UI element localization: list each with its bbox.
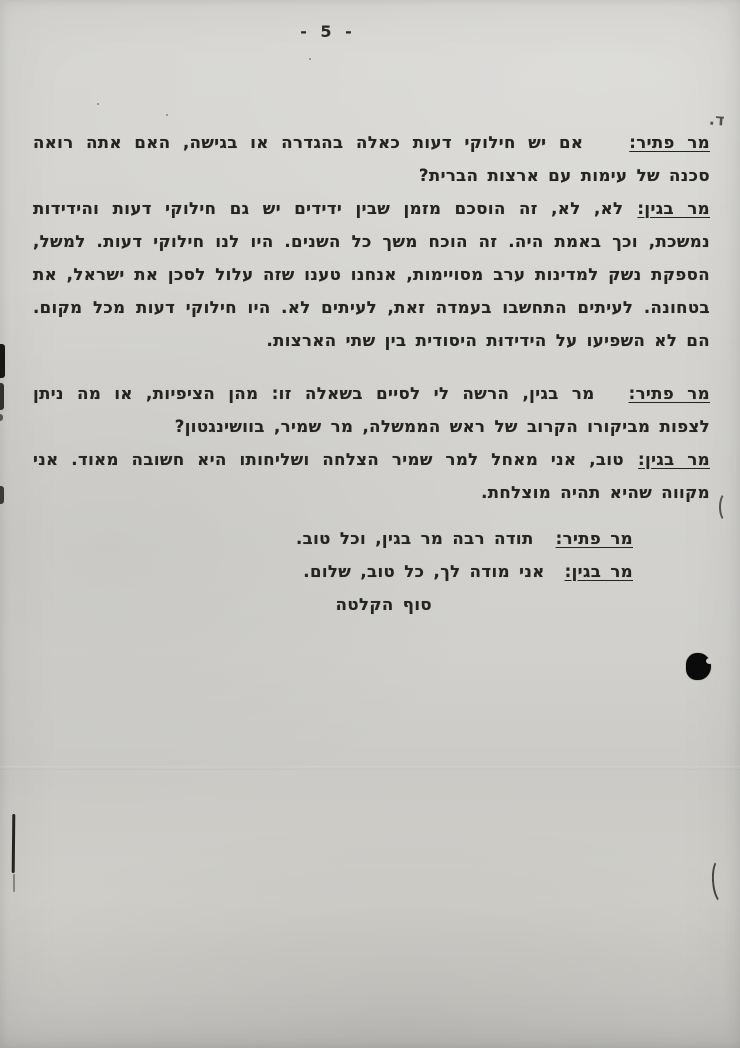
tab-space (583, 147, 629, 148)
dialogue-paragraph: מר פתיר:מר בגין, הרשה לי לסיים בשאלה זו:… (33, 377, 710, 443)
pen-vertical-line (12, 814, 16, 873)
left-edge-smudge (0, 486, 4, 504)
scanned-document-page: - 5 - .ד מר פתיר:אם יש חילוקי דעות כאלה … (0, 0, 740, 1048)
pen-vertical-line-tail (13, 874, 15, 892)
speaker-label: מר פתיר: (629, 384, 710, 403)
end-of-recording-note: סוף הקלטה (33, 588, 432, 621)
dialogue-paragraph: מר בגין:לא, לא, זה הוסכם מזמן שבין ידידי… (33, 192, 710, 357)
dialogue-paragraph: מר פתיר:תודה רבה מר בגין, וכל טוב. (33, 522, 633, 555)
speaker-label: מר פתיר: (556, 529, 633, 548)
left-edge-smudge (0, 344, 5, 378)
pen-parenthesis-mark-top (719, 492, 734, 522)
speaker-label: מר בגין: (637, 199, 710, 218)
paper-speck (309, 58, 311, 60)
dialogue-paragraph: מר בגין:טוב, אני מאחל למר שמיר הצלחה ושל… (33, 443, 710, 509)
speaker-label: מר בגין: (638, 450, 710, 469)
utterance-text: אם יש חילוקי דעות כאלה בהגדרה או בגישה, … (33, 133, 710, 185)
tab-space (623, 213, 637, 214)
paper-speck (166, 114, 168, 116)
paper-speck (97, 103, 99, 105)
handwritten-margin-annotation: .ד (708, 109, 725, 129)
utterance-text: לא, לא, זה הוסכם מזמן שבין ידידים יש גם … (33, 199, 710, 350)
left-edge-smudge (0, 383, 4, 410)
utterance-text: מר בגין, הרשה לי לסיים בשאלה זו: מהן הצי… (33, 384, 710, 436)
tab-space (534, 543, 556, 544)
tab-space (545, 576, 565, 577)
dialogue-paragraph: מר פתיר:אם יש חילוקי דעות כאלה בהגדרה או… (33, 126, 710, 192)
paper-speck (498, 340, 500, 342)
speaker-label: מר בגין: (565, 562, 633, 581)
pen-parenthesis-mark-bottom (710, 857, 732, 904)
ink-blob (686, 653, 711, 680)
speaker-label: מר פתיר: (629, 133, 710, 152)
paper-crease (0, 766, 740, 770)
left-edge-smudge (0, 414, 3, 421)
dialogue-paragraph: מר בגין:אני מודה לך, כל טוב, שלום. (33, 555, 633, 588)
utterance-text: טוב, אני מאחל למר שמיר הצלחה ושליחותו הי… (33, 450, 710, 502)
page-number: - 5 - (0, 22, 656, 41)
tab-space (595, 398, 629, 399)
tab-space (624, 464, 638, 465)
document-body: מר פתיר:אם יש חילוקי דעות כאלה בהגדרה או… (33, 126, 710, 621)
utterance-text: אני מודה לך, כל טוב, שלום. (303, 562, 544, 581)
utterance-text: תודה רבה מר בגין, וכל טוב. (296, 529, 534, 548)
